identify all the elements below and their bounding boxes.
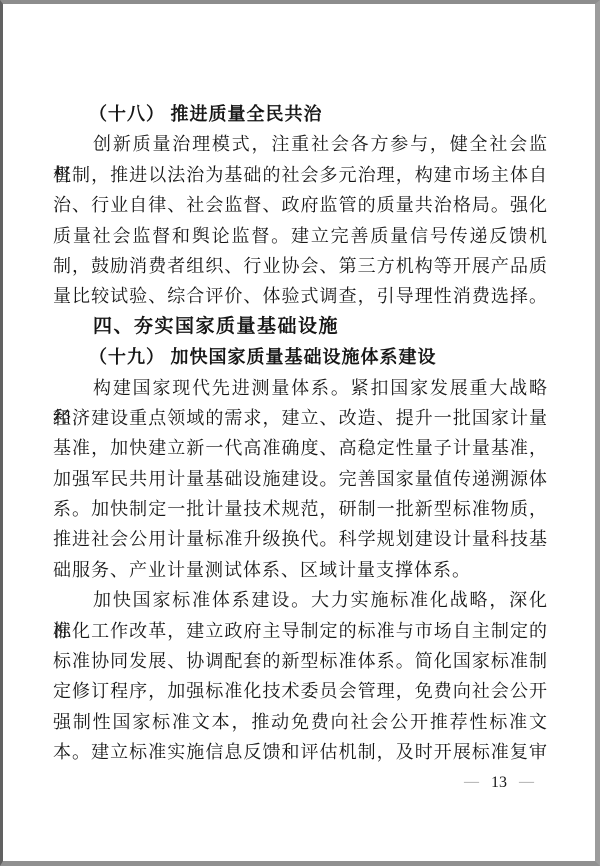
text-line: 础服务、产业计量测试体系、区域计量支撑体系。	[53, 555, 548, 585]
text-line: 推进社会公用计量标准升级换代。科学规划建设计量科技基	[53, 524, 548, 554]
text-line: 强制性国家标准文本，推动免费向社会公开推荐性标准文	[53, 707, 548, 737]
text-line: （十九） 加快国家质量基础设施体系建设	[53, 342, 548, 372]
page-number: 13	[491, 774, 507, 791]
page-footer: —13—	[53, 774, 548, 792]
text-line: 四、夯实国家质量基础设施	[53, 312, 548, 342]
text-line: 机制，推进以法治为基础的社会多元治理，构建市场主体自	[53, 160, 548, 190]
text-line: 本。建立标准实施信息反馈和评估机制，及时开展标准复审	[53, 737, 548, 767]
text-line: 准化工作改革，建立政府主导制定的标准与市场自主制定的	[53, 616, 548, 646]
footer-dash-left: —	[464, 774, 479, 790]
text-line: 加快国家标准体系建设。大力实施标准化战略，深化标	[53, 585, 548, 615]
text-line: 基准，加快建立新一代高准确度、高稳定性量子计量基准，	[53, 433, 548, 463]
footer-dash-right: —	[519, 774, 534, 790]
text-line: 质量社会监督和舆论监督。建立完善质量信号传递反馈机	[53, 221, 548, 251]
text-line: 量比较试验、综合评价、体验式调查，引导理性消费选择。	[53, 281, 548, 311]
text-line: 加强军民共用计量基础设施建设。完善国家量值传递溯源体	[53, 464, 548, 494]
text-line: 标准协同发展、协调配套的新型标准体系。简化国家标准制	[53, 646, 548, 676]
text-line: 经济建设重点领域的需求，建立、改造、提升一批国家计量	[53, 403, 548, 433]
document-page: { "colors": { "page_background": "#fffff…	[0, 0, 600, 866]
text-column: （十八） 推进质量全民共治创新质量治理模式，注重社会各方参与，健全社会监督机制，…	[53, 99, 548, 768]
text-line: 构建国家现代先进测量体系。紧扣国家发展重大战略和	[53, 373, 548, 403]
text-line: 制，鼓励消费者组织、行业协会、第三方机构等开展产品质	[53, 251, 548, 281]
text-line: 定修订程序，加强标准化技术委员会管理，免费向社会公开	[53, 676, 548, 706]
text-line: 创新质量治理模式，注重社会各方参与，健全社会监督	[53, 129, 548, 159]
text-line: 治、行业自律、社会监督、政府监管的质量共治格局。强化	[53, 190, 548, 220]
text-line: （十八） 推进质量全民共治	[53, 99, 548, 129]
text-line: 系。加快制定一批计量技术规范，研制一批新型标准物质，	[53, 494, 548, 524]
